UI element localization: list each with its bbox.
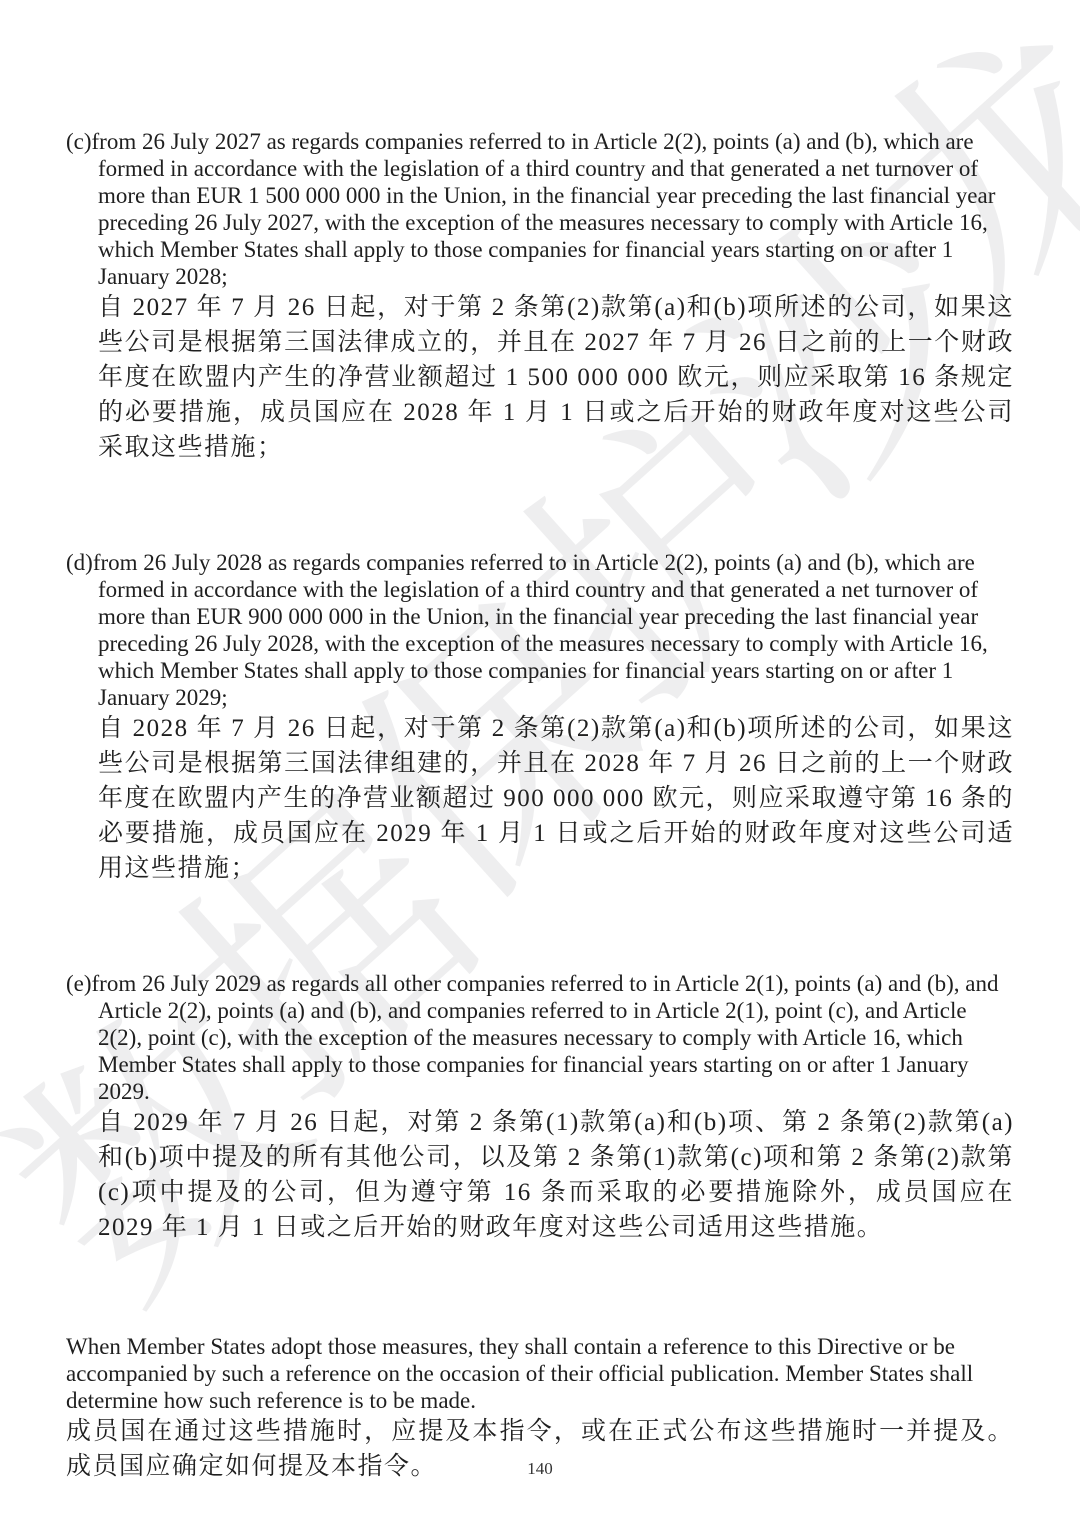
page-number: 140 [527,1459,553,1478]
page-footer: 140 [0,1459,1080,1479]
clause-e: (e)from 26 July 2029 as regards all othe… [66,970,1014,1245]
clause-c-chinese-text: 自 2027 年 7 月 26 日起，对于第 2 条第(2)款第(a)和(b)项… [66,290,1014,465]
clause-d-chinese-text: 自 2028 年 7 月 26 日起，对于第 2 条第(2)款第(a)和(b)项… [66,711,1014,886]
document-page: 数 据 保 护 沙 龙 (c)from 26 July 2027 as rega… [0,0,1080,1527]
page-content: (c)from 26 July 2027 as regards companie… [0,0,1080,1484]
clause-d-english-text: (d)from 26 July 2028 as regards companie… [66,549,1014,711]
clause-e-chinese-text: 自 2029 年 7 月 26 日起，对第 2 条第(1)款第(a)和(b)项、… [66,1105,1014,1245]
clause-d: (d)from 26 July 2028 as regards companie… [66,549,1014,886]
clause-c: (c)from 26 July 2027 as regards companie… [66,128,1014,465]
clause-c-english-text: (c)from 26 July 2027 as regards companie… [66,128,1014,290]
closing-english-text: When Member States adopt those measures,… [66,1333,1014,1414]
clause-e-english-text: (e)from 26 July 2029 as regards all othe… [66,970,1014,1105]
